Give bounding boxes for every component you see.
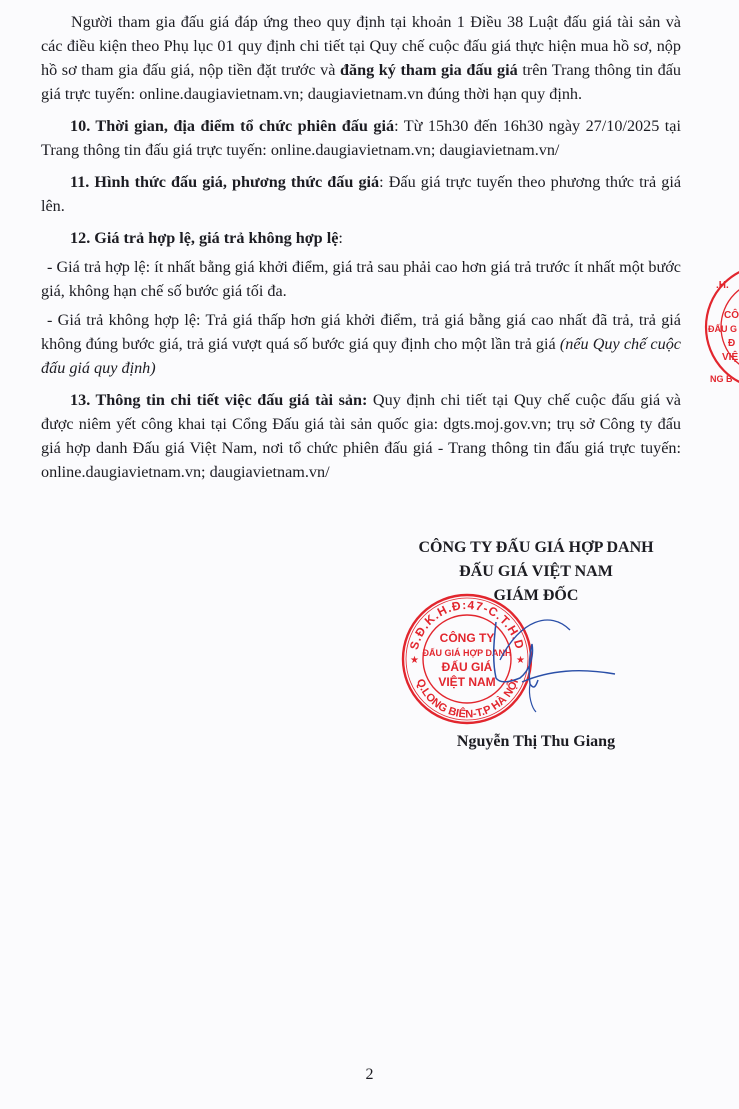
org-name-line2: ĐẤU GIÁ VIỆT NAM	[388, 560, 684, 584]
invalid-bid-rule: - Giá trả không hợp lệ: Trả giá thấp hơn…	[41, 308, 681, 380]
svg-text:ĐẤU G: ĐẤU G	[708, 324, 737, 334]
document-body: Người tham gia đấu giá đáp ứng theo quy …	[41, 10, 681, 484]
page-number: 2	[0, 1066, 739, 1084]
valid-bid-rule: - Giá trả hợp lệ: ít nhất bằng giá khởi …	[41, 255, 681, 303]
svg-text:VIỆ: VIỆ	[722, 350, 738, 363]
org-name-line1: CÔNG TY ĐẤU GIÁ HỢP DANH	[388, 536, 684, 560]
section-heading: 12. Giá trả hợp lệ, giá trả không hợp lệ	[70, 229, 338, 247]
registration-emphasis: đăng ký tham gia đấu giá	[340, 61, 518, 79]
section-10-time-place: 10. Thời gian, địa điểm tổ chức phiên đấ…	[41, 114, 681, 162]
section-heading: 10. Thời gian, địa điểm tổ chức phiên đấ…	[70, 117, 394, 135]
section-heading: 13. Thông tin chi tiết việc đấu giá tài …	[70, 391, 367, 409]
svg-text:Đ: Đ	[728, 338, 735, 349]
section-11-auction-form: 11. Hình thức đấu giá, phương thức đấu g…	[41, 170, 681, 218]
handwritten-signature	[430, 600, 630, 720]
section-heading: 11. Hình thức đấu giá, phương thức đấu g…	[70, 173, 379, 191]
section-12-valid-bids: 12. Giá trả hợp lệ, giá trả không hợp lệ…	[41, 226, 681, 250]
partial-stamp: CÔ ĐẤU G Đ VIỆ .H. NG B	[700, 262, 739, 392]
section-text: :	[338, 229, 343, 247]
svg-text:.H.: .H.	[716, 280, 729, 291]
paragraph-participants: Người tham gia đấu giá đáp ứng theo quy …	[41, 10, 681, 106]
svg-text:CÔ: CÔ	[724, 308, 739, 321]
svg-text:NG B: NG B	[710, 374, 733, 384]
section-13-details: 13. Thông tin chi tiết việc đấu giá tài …	[41, 388, 681, 484]
svg-text:★: ★	[410, 655, 419, 666]
signer-name: Nguyễn Thị Thu Giang	[388, 733, 684, 751]
